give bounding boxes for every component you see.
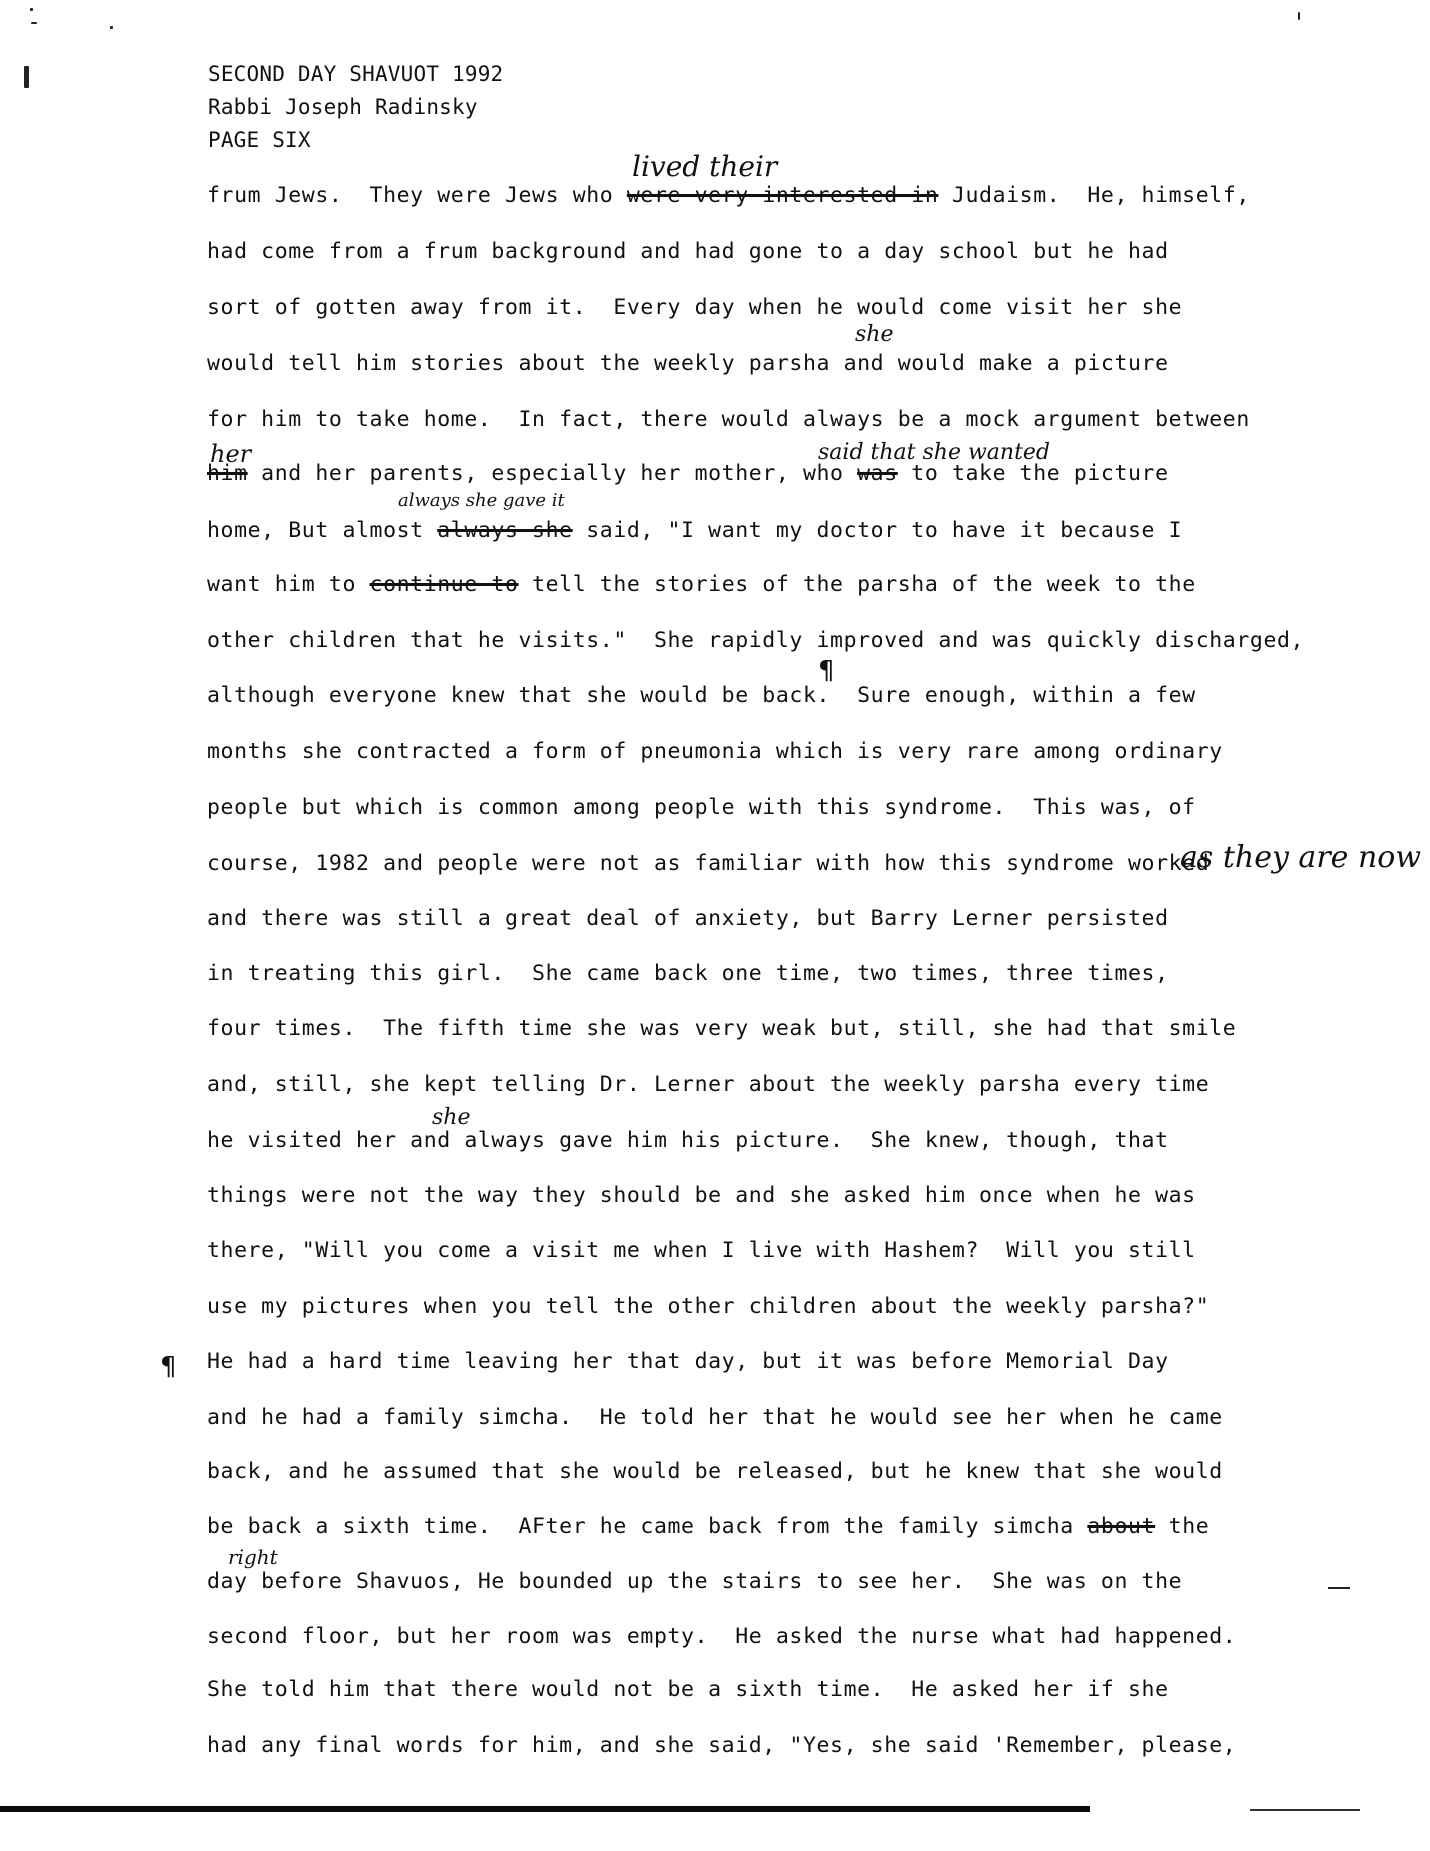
handwritten-insert: always she gave it (398, 490, 565, 511)
line-text: had any final words for him, and she sai… (207, 1733, 1236, 1758)
text-line: sort of gotten away from it. Every day w… (207, 295, 1182, 320)
line-text: course, 1982 and people were not as fami… (207, 851, 1209, 876)
handwritten-insert: lived their (632, 150, 777, 183)
line-text: frum Jews. They were Jews who (207, 183, 627, 208)
line-text: He had a hard time leaving her that day,… (207, 1349, 1169, 1374)
document-author: Rabbi Joseph Radinsky (208, 91, 503, 124)
document-header: SECOND DAY SHAVUOT 1992 Rabbi Joseph Rad… (208, 58, 503, 157)
scan-speck (30, 8, 33, 11)
line-text: would tell him stories about the weekly … (207, 351, 1169, 376)
line-text: second floor, but her room was empty. He… (207, 1624, 1236, 1649)
paragraph-mark-icon: ¶ (160, 1352, 177, 1382)
page-label: PAGE SIX (208, 124, 503, 157)
scan-speck (31, 22, 37, 24)
line-text: use my pictures when you tell the other … (207, 1294, 1209, 1319)
line-text: in treating this girl. She came back one… (207, 961, 1169, 986)
line-text: be back a sixth time. AFter he came back… (207, 1514, 1087, 1539)
struck-text: continue to (370, 572, 519, 597)
text-line: he visited her and always gave him his p… (207, 1128, 1169, 1153)
margin-dash (1328, 1587, 1350, 1589)
text-line: day before Shavuos, He bounded up the st… (207, 1569, 1182, 1594)
handwritten-insert: she (855, 322, 893, 347)
text-line: back, and he assumed that she would be r… (207, 1459, 1223, 1484)
line-text: tell the stories of the parsha of the we… (519, 572, 1196, 597)
scanned-document-page: SECOND DAY SHAVUOT 1992 Rabbi Joseph Rad… (0, 0, 1430, 1851)
text-line: and there was still a great deal of anxi… (207, 906, 1169, 931)
line-text: other children that he visits." She rapi… (207, 628, 1304, 653)
handwritten-insert: as they are now (1180, 840, 1421, 875)
line-text: home, But almost (207, 518, 437, 543)
line-text: there, "Will you come a visit me when I … (207, 1238, 1196, 1263)
text-line: although everyone knew that she would be… (207, 683, 1196, 708)
text-line: He had a hard time leaving her that day,… (207, 1349, 1169, 1374)
text-line: had any final words for him, and she sai… (207, 1733, 1236, 1758)
line-text: the (1155, 1514, 1209, 1539)
handwritten-insert: said that she wanted (818, 440, 1050, 465)
text-line: people but which is common among people … (207, 795, 1196, 820)
text-line: months she contracted a form of pneumoni… (207, 739, 1223, 764)
text-line: in treating this girl. She came back one… (207, 961, 1169, 986)
line-text: and her parents, especially her mother, … (248, 461, 857, 486)
scan-speck (110, 26, 113, 29)
text-line: course, 1982 and people were not as fami… (207, 851, 1209, 876)
line-text: he visited her and always gave him his p… (207, 1128, 1169, 1153)
text-line: for him to take home. In fact, there wou… (207, 407, 1250, 432)
line-text: and, still, she kept telling Dr. Lerner … (207, 1072, 1209, 1097)
line-text: sort of gotten away from it. Every day w… (207, 295, 1182, 320)
line-text: although everyone knew that she would be… (207, 683, 1196, 708)
handwritten-insert: she (432, 1105, 470, 1130)
line-text: back, and he assumed that she would be r… (207, 1459, 1223, 1484)
paragraph-mark-icon: ¶ (818, 656, 835, 686)
text-line: had come from a frum background and had … (207, 239, 1169, 264)
text-line: want him to continue to tell the stories… (207, 572, 1196, 597)
line-text: for him to take home. In fact, there wou… (207, 407, 1250, 432)
handwritten-insert: right (228, 1545, 278, 1569)
text-line: and he had a family simcha. He told her … (207, 1405, 1223, 1430)
line-text: She told him that there would not be a s… (207, 1677, 1169, 1702)
scan-bottom-edge (0, 1806, 1090, 1812)
struck-text: about (1087, 1514, 1155, 1539)
text-line: and, still, she kept telling Dr. Lerner … (207, 1072, 1209, 1097)
struck-text: always she (437, 518, 572, 543)
text-line: home, But almost always she said, "I wan… (207, 518, 1182, 543)
scan-bottom-edge (1250, 1809, 1360, 1811)
line-text: had come from a frum background and had … (207, 239, 1169, 264)
struck-text: were very interested in (627, 183, 939, 208)
line-text: want him to (207, 572, 370, 597)
text-line: frum Jews. They were Jews who were very … (207, 183, 1250, 208)
scan-speck (1298, 12, 1300, 20)
text-line: use my pictures when you tell the other … (207, 1294, 1209, 1319)
handwritten-insert: her (210, 440, 251, 468)
line-text: people but which is common among people … (207, 795, 1196, 820)
line-text: Judaism. He, himself, (938, 183, 1250, 208)
line-text: four times. The fifth time she was very … (207, 1016, 1236, 1041)
line-text: things were not the way they should be a… (207, 1183, 1196, 1208)
line-text: said, "I want my doctor to have it becau… (573, 518, 1182, 543)
line-text: day before Shavuos, He bounded up the st… (207, 1569, 1182, 1594)
text-line: second floor, but her room was empty. He… (207, 1624, 1236, 1649)
scan-speck (24, 66, 29, 88)
text-line: would tell him stories about the weekly … (207, 351, 1169, 376)
text-line: there, "Will you come a visit me when I … (207, 1238, 1196, 1263)
text-line: things were not the way they should be a… (207, 1183, 1196, 1208)
line-text: and he had a family simcha. He told her … (207, 1405, 1223, 1430)
text-line: be back a sixth time. AFter he came back… (207, 1514, 1209, 1539)
text-line: other children that he visits." She rapi… (207, 628, 1304, 653)
line-text: months she contracted a form of pneumoni… (207, 739, 1223, 764)
text-line: four times. The fifth time she was very … (207, 1016, 1236, 1041)
line-text: and there was still a great deal of anxi… (207, 906, 1169, 931)
text-line: She told him that there would not be a s… (207, 1677, 1169, 1702)
document-title: SECOND DAY SHAVUOT 1992 (208, 58, 503, 91)
